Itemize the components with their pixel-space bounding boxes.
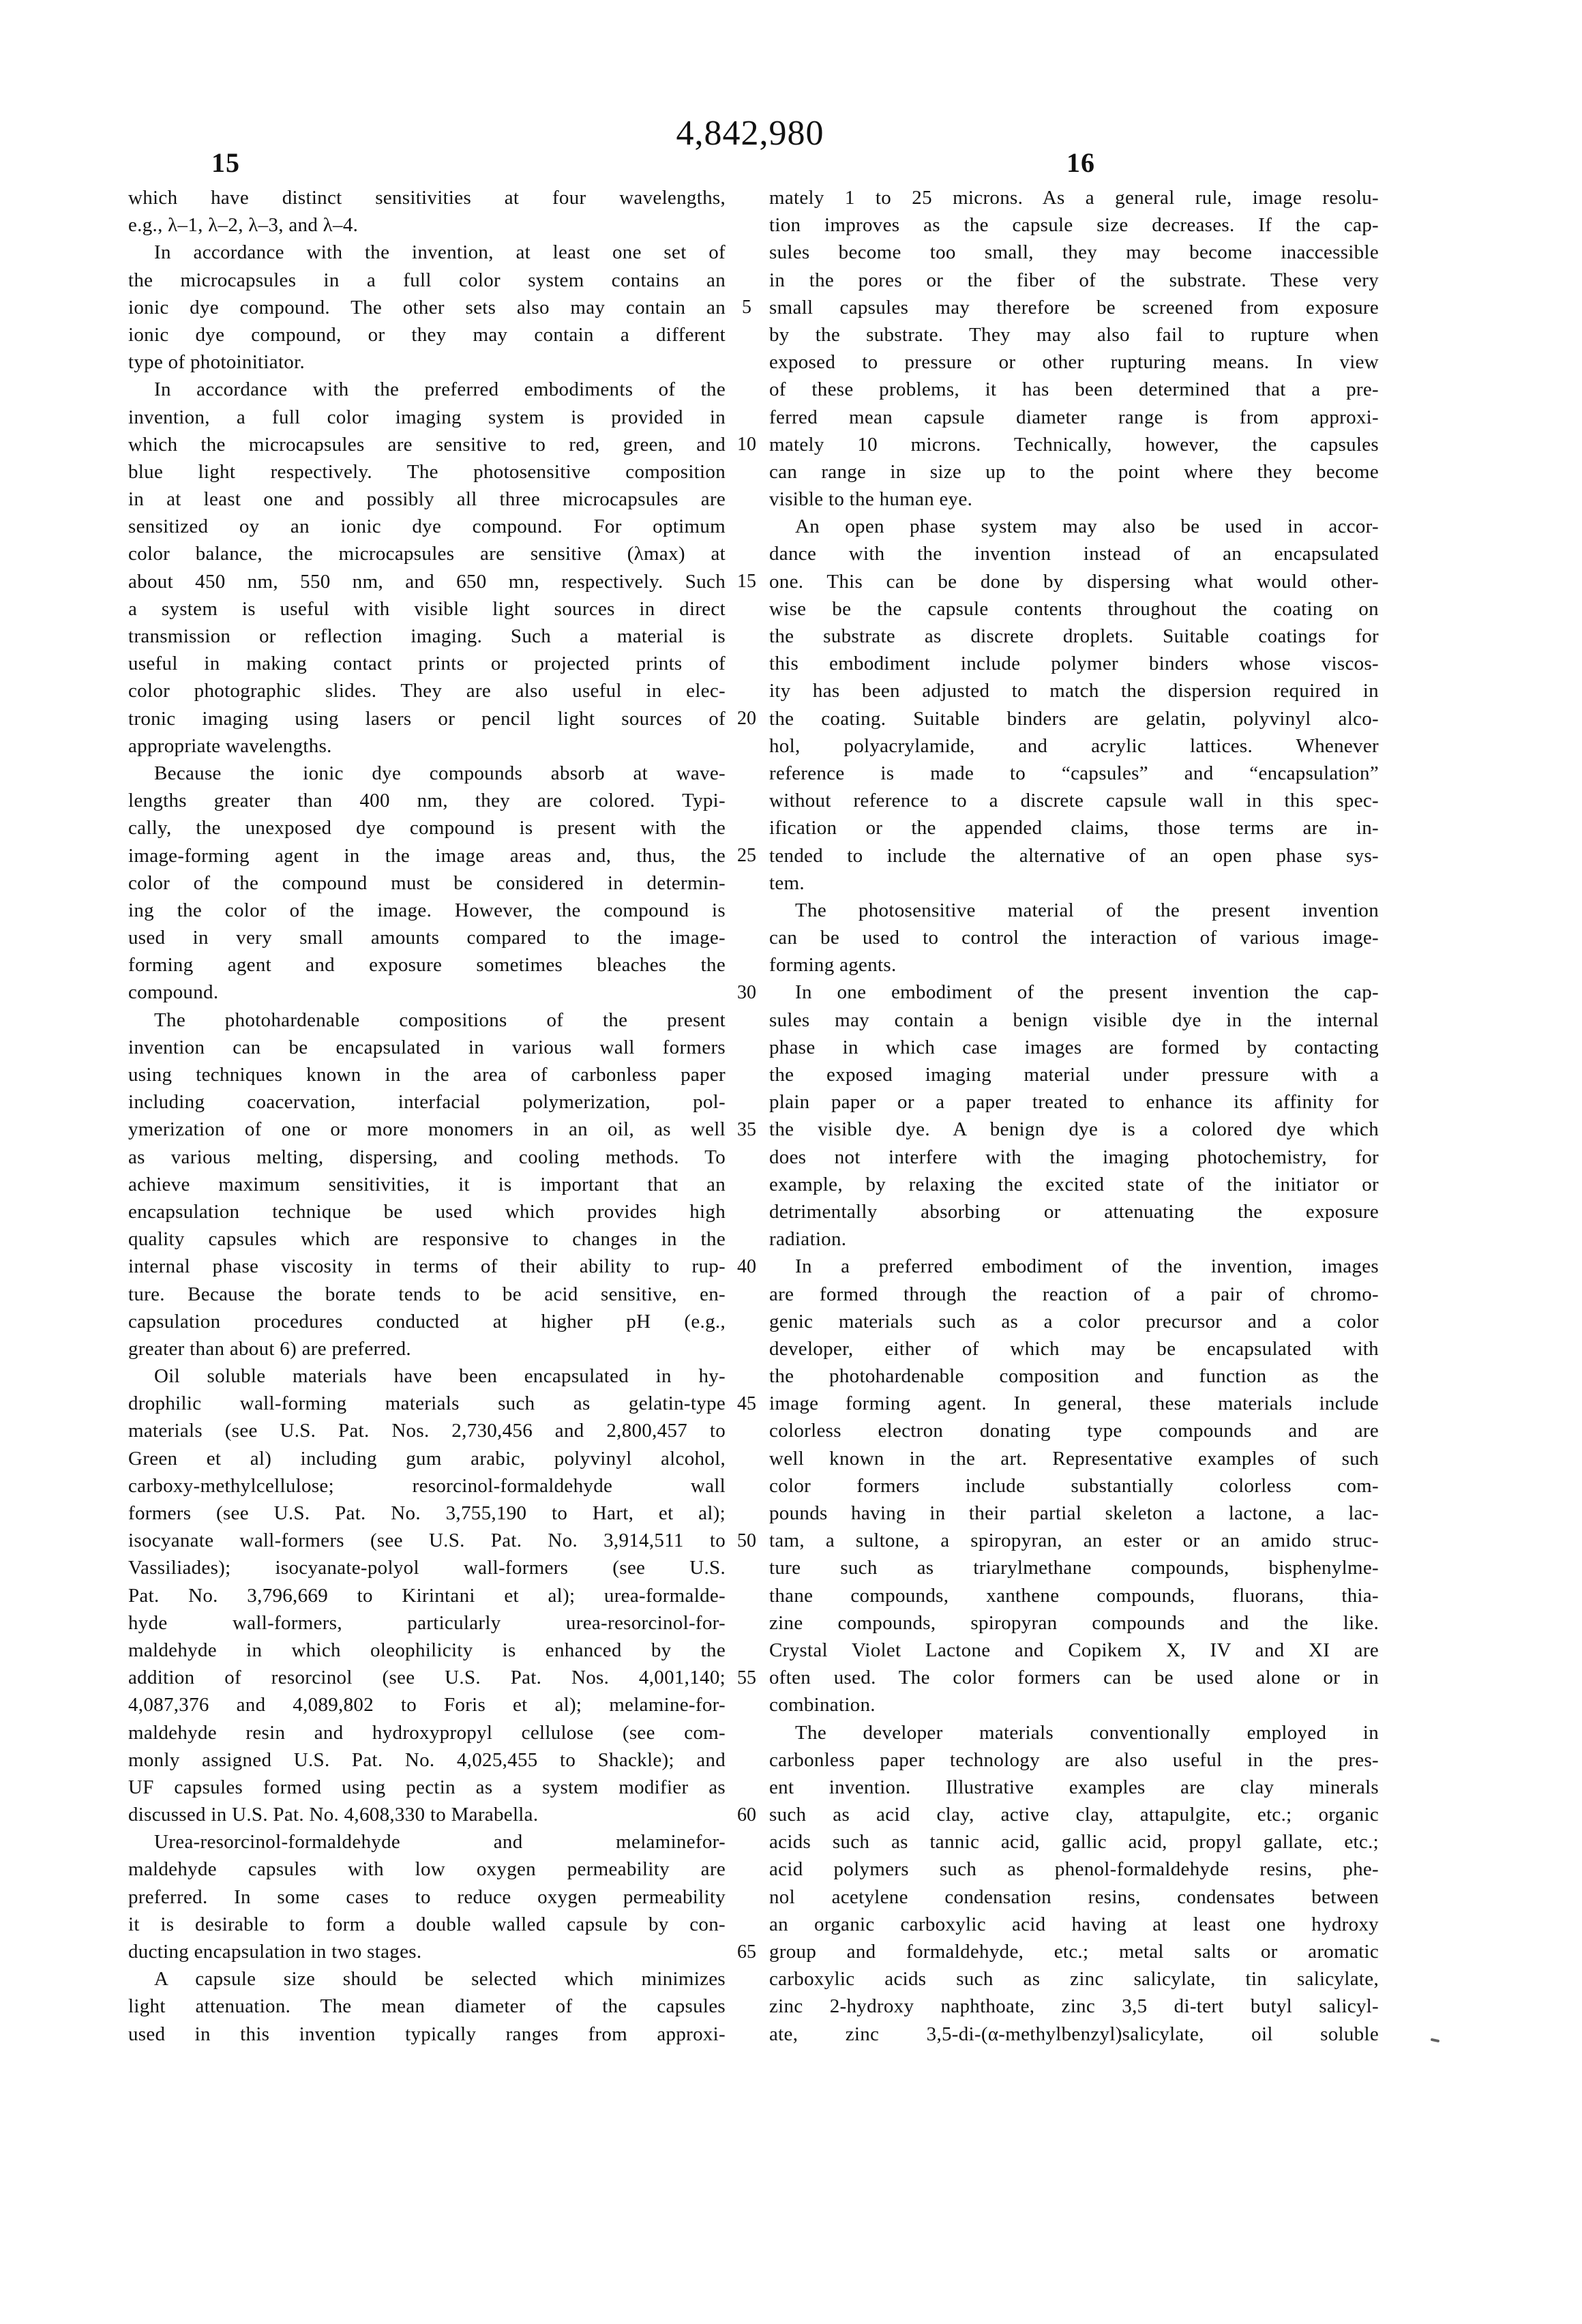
text-line: ionic dye compound, or they may contain … bbox=[128, 321, 726, 348]
text-line: discussed in U.S. Pat. No. 4,608,330 to … bbox=[128, 1801, 726, 1828]
text-line: colorless electron donating type compoun… bbox=[769, 1417, 1379, 1444]
text-line: ate, zinc 3,5-di-(α-methylbenzyl)salicyl… bbox=[769, 2021, 1379, 2048]
text-line: maldehyde in which oleophilicity is enha… bbox=[128, 1637, 726, 1664]
text-line: tion improves as the capsule size decrea… bbox=[769, 211, 1379, 239]
text-line: the coating. Suitable binders are gelati… bbox=[769, 705, 1379, 732]
left-column-number: 15 bbox=[211, 147, 240, 179]
text-line: The photosensitive material of the prese… bbox=[769, 897, 1379, 924]
text-line: such as acid clay, active clay, attapulg… bbox=[769, 1801, 1379, 1828]
text-line: well known in the art. Representative ex… bbox=[769, 1445, 1379, 1472]
text-line: acid polymers such as phenol-formaldehyd… bbox=[769, 1856, 1379, 1883]
text-line: sules may contain a benign visible dye i… bbox=[769, 1007, 1379, 1034]
text-line: quality capsules which are responsive to… bbox=[128, 1225, 726, 1253]
text-line: ymerization of one or more monomers in a… bbox=[128, 1116, 726, 1143]
text-line: sensitized oy an ionic dye compound. For… bbox=[128, 513, 726, 540]
line-number: 45 bbox=[726, 1390, 768, 1418]
text-line: drophilic wall-forming materials such as… bbox=[128, 1390, 726, 1417]
text-line: often used. The color formers can be use… bbox=[769, 1664, 1379, 1691]
text-line: by the substrate. They may also fail to … bbox=[769, 321, 1379, 348]
text-line: plain paper or a paper treated to enhanc… bbox=[769, 1088, 1379, 1116]
text-line: encapsulation technique be used which pr… bbox=[128, 1198, 726, 1225]
text-line: Because the ionic dye compounds absorb a… bbox=[128, 760, 726, 787]
text-line: wise be the capsule contents throughout … bbox=[769, 595, 1379, 623]
text-line: Pat. No. 3,796,669 to Kirintani et al); … bbox=[128, 1582, 726, 1609]
text-line: which the microcapsules are sensitive to… bbox=[128, 431, 726, 458]
text-line: a system is useful with visible light so… bbox=[128, 595, 726, 623]
text-line: acids such as tannic acid, gallic acid, … bbox=[769, 1828, 1379, 1856]
text-line: carboxy-methylcellulose; resorcinol-form… bbox=[128, 1472, 726, 1500]
line-number-gutter: 5101520253035404550556065 bbox=[726, 184, 768, 2049]
text-line: the exposed imaging material under press… bbox=[769, 1061, 1379, 1088]
line-number: 15 bbox=[726, 568, 768, 595]
text-line: does not interfere with the imaging phot… bbox=[769, 1144, 1379, 1171]
text-line: as various melting, dispersing, and cool… bbox=[128, 1144, 726, 1171]
line-number: 60 bbox=[726, 1802, 768, 1829]
text-line: 4,087,376 and 4,089,802 to Foris et al);… bbox=[128, 1691, 726, 1718]
line-number: 30 bbox=[726, 979, 768, 1007]
text-line: tended to include the alternative of an … bbox=[769, 842, 1379, 869]
text-line: mately 1 to 25 microns. As a general rul… bbox=[769, 184, 1379, 211]
text-line: UF capsules formed using pectin as a sys… bbox=[128, 1774, 726, 1801]
right-text-column: mately 1 to 25 microns. As a general rul… bbox=[769, 184, 1379, 2048]
text-line: In one embodiment of the present inventi… bbox=[769, 979, 1379, 1006]
text-line: materials (see U.S. Pat. Nos. 2,730,456 … bbox=[128, 1417, 726, 1444]
text-line: maldehyde capsules with low oxygen perme… bbox=[128, 1856, 726, 1883]
text-line: nol acetylene condensation resins, conde… bbox=[769, 1883, 1379, 1911]
text-line: ity has been adjusted to match the dispe… bbox=[769, 677, 1379, 704]
text-line: detrimentally absorbing or attenuating t… bbox=[769, 1198, 1379, 1225]
text-line: zinc 2-hydroxy naphthoate, zinc 3,5 di-t… bbox=[769, 1993, 1379, 2020]
text-line: one. This can be done by dispersing what… bbox=[769, 568, 1379, 595]
text-line: used in this invention typically ranges … bbox=[128, 2021, 726, 2048]
text-line: Urea-resorcinol-formaldehyde and melamin… bbox=[128, 1828, 726, 1856]
text-line: Vassiliades); isocyanate-polyol wall-for… bbox=[128, 1554, 726, 1581]
text-line: thane compounds, xanthene compounds, flu… bbox=[769, 1582, 1379, 1609]
line-number: 55 bbox=[726, 1665, 768, 1692]
text-line: visible to the human eye. bbox=[769, 486, 1379, 513]
text-line: carbonless paper technology are also use… bbox=[769, 1746, 1379, 1774]
text-line: color of the compound must be considered… bbox=[128, 869, 726, 897]
text-line: about 450 nm, 550 nm, and 650 mn, respec… bbox=[128, 568, 726, 595]
text-line: useful in making contact prints or proje… bbox=[128, 650, 726, 677]
text-line: In accordance with the preferred embodim… bbox=[128, 376, 726, 403]
text-line: In accordance with the invention, at lea… bbox=[128, 239, 726, 266]
left-text-column: which have distinct sensitivities at fou… bbox=[128, 184, 726, 2048]
text-line: light attenuation. The mean diameter of … bbox=[128, 1993, 726, 2020]
text-line: monly assigned U.S. Pat. No. 4,025,455 t… bbox=[128, 1746, 726, 1774]
text-line: dance with the invention instead of an e… bbox=[769, 540, 1379, 567]
text-line: internal phase viscosity in terms of the… bbox=[128, 1253, 726, 1280]
text-line: group and formaldehyde, etc.; metal salt… bbox=[769, 1938, 1379, 1965]
text-line: blue light respectively. The photosensit… bbox=[128, 458, 726, 486]
text-line: In a preferred embodiment of the inventi… bbox=[769, 1253, 1379, 1280]
text-line: genic materials such as a color precurso… bbox=[769, 1308, 1379, 1335]
text-line: lengths greater than 400 nm, they are co… bbox=[128, 787, 726, 814]
text-line: which have distinct sensitivities at fou… bbox=[128, 184, 726, 211]
text-line: preferred. In some cases to reduce oxyge… bbox=[128, 1883, 726, 1911]
text-line: capsulation procedures conducted at high… bbox=[128, 1308, 726, 1335]
text-line: this embodiment include polymer binders … bbox=[769, 650, 1379, 677]
text-line: Green et al) including gum arabic, polyv… bbox=[128, 1445, 726, 1472]
text-line: hol, polyacrylamide, and acrylic lattice… bbox=[769, 732, 1379, 760]
text-line: the microcapsules in a full color system… bbox=[128, 267, 726, 294]
text-line: tronic imaging using lasers or pencil li… bbox=[128, 705, 726, 732]
text-line: developer, either of which may be encaps… bbox=[769, 1335, 1379, 1362]
text-line: formers (see U.S. Pat. No. 3,755,190 to … bbox=[128, 1500, 726, 1527]
text-line: ionic dye compound. The other sets also … bbox=[128, 294, 726, 321]
text-line: the visible dye. A benign dye is a color… bbox=[769, 1116, 1379, 1143]
text-line: pounds having in their partial skeleton … bbox=[769, 1500, 1379, 1527]
text-line: using techniques known in the area of ca… bbox=[128, 1061, 726, 1088]
text-line: ture. Because the borate tends to be aci… bbox=[128, 1281, 726, 1308]
text-line: ducting encapsulation in two stages. bbox=[128, 1938, 726, 1965]
text-line: the photohardenable composition and func… bbox=[769, 1362, 1379, 1390]
text-line: color balance, the microcapsules are sen… bbox=[128, 540, 726, 567]
text-line: the substrate as discrete droplets. Suit… bbox=[769, 623, 1379, 650]
text-line: invention can be encapsulated in various… bbox=[128, 1034, 726, 1061]
text-line: in the pores or the fiber of the substra… bbox=[769, 267, 1379, 294]
line-number: 5 bbox=[726, 294, 768, 321]
text-line: zine compounds, spiropyran compounds and… bbox=[769, 1609, 1379, 1637]
patent-number: 4,842,980 bbox=[676, 113, 824, 153]
text-line: ture such as triarylmethane compounds, b… bbox=[769, 1554, 1379, 1581]
text-line: mately 10 microns. Technically, however,… bbox=[769, 431, 1379, 458]
text-line: A capsule size should be selected which … bbox=[128, 1965, 726, 1993]
text-line: exposed to pressure or other rupturing m… bbox=[769, 348, 1379, 376]
text-line: are formed through the reaction of a pai… bbox=[769, 1281, 1379, 1308]
text-line: ification or the appended claims, those … bbox=[769, 814, 1379, 841]
text-line: An open phase system may also be used in… bbox=[769, 513, 1379, 540]
line-number: 10 bbox=[726, 431, 768, 458]
text-line: radiation. bbox=[769, 1225, 1379, 1253]
text-line: compound. bbox=[128, 979, 726, 1006]
text-line: ing the color of the image. However, the… bbox=[128, 897, 726, 924]
text-line: ent invention. Illustrative examples are… bbox=[769, 1774, 1379, 1801]
text-line: image forming agent. In general, these m… bbox=[769, 1390, 1379, 1417]
line-number: 35 bbox=[726, 1116, 768, 1144]
text-line: appropriate wavelengths. bbox=[128, 732, 726, 760]
text-line: cally, the unexposed dye compound is pre… bbox=[128, 814, 726, 841]
text-line: small capsules may therefore be screened… bbox=[769, 294, 1379, 321]
text-line: Oil soluble materials have been encapsul… bbox=[128, 1362, 726, 1390]
text-line: The developer materials conventionally e… bbox=[769, 1719, 1379, 1746]
right-column-number: 16 bbox=[1066, 147, 1095, 179]
text-line: greater than about 6) are preferred. bbox=[128, 1335, 726, 1362]
patent-document-page: 4,842,980 15 16 which have distinct sens… bbox=[0, 0, 1582, 2324]
text-line: type of photoinitiator. bbox=[128, 348, 726, 376]
text-line: an organic carboxylic acid having at lea… bbox=[769, 1911, 1379, 1938]
line-number: 50 bbox=[726, 1528, 768, 1555]
line-number: 65 bbox=[726, 1939, 768, 1966]
text-line: reference is made to “capsules” and “enc… bbox=[769, 760, 1379, 787]
text-line: combination. bbox=[769, 1691, 1379, 1718]
text-line: example, by relaxing the excited state o… bbox=[769, 1171, 1379, 1198]
text-line: of these problems, it has been determine… bbox=[769, 376, 1379, 403]
text-line: invention, a full color imaging system i… bbox=[128, 404, 726, 431]
text-line: phase in which case images are formed by… bbox=[769, 1034, 1379, 1061]
text-line: transmission or reflection imaging. Such… bbox=[128, 623, 726, 650]
text-line: can range in size up to the point where … bbox=[769, 458, 1379, 486]
text-line: hyde wall-formers, particularly urea-res… bbox=[128, 1609, 726, 1637]
patent-page: { "header": { "patent_number": "4,842,98… bbox=[0, 0, 1582, 2324]
text-line: Crystal Violet Lactone and Copikem X, IV… bbox=[769, 1637, 1379, 1664]
line-number: 20 bbox=[726, 705, 768, 732]
text-line: color formers include substantially colo… bbox=[769, 1472, 1379, 1500]
line-number: 40 bbox=[726, 1253, 768, 1281]
text-line: addition of resorcinol (see U.S. Pat. No… bbox=[128, 1664, 726, 1691]
text-line: tam, a sultone, a spiropyran, an ester o… bbox=[769, 1527, 1379, 1554]
stray-scan-mark bbox=[1431, 2038, 1440, 2043]
text-line: used in very small amounts compared to t… bbox=[128, 924, 726, 951]
text-line: in at least one and possibly all three m… bbox=[128, 486, 726, 513]
text-line: color photographic slides. They are also… bbox=[128, 677, 726, 704]
text-line: tem. bbox=[769, 869, 1379, 897]
text-line: can be used to control the interaction o… bbox=[769, 924, 1379, 951]
text-line: e.g., λ–1, λ–2, λ–3, and λ–4. bbox=[128, 211, 726, 239]
text-line: image-forming agent in the image areas a… bbox=[128, 842, 726, 869]
text-line: it is desirable to form a double walled … bbox=[128, 1911, 726, 1938]
line-number: 25 bbox=[726, 842, 768, 869]
text-line: The photohardenable compositions of the … bbox=[128, 1007, 726, 1034]
text-line: maldehyde resin and hydroxypropyl cellul… bbox=[128, 1719, 726, 1746]
text-line: achieve maximum sensitivities, it is imp… bbox=[128, 1171, 726, 1198]
text-line: sules become too small, they may become … bbox=[769, 239, 1379, 266]
text-line: without reference to a discrete capsule … bbox=[769, 787, 1379, 814]
text-line: including coacervation, interfacial poly… bbox=[128, 1088, 726, 1116]
text-line: forming agent and exposure sometimes ble… bbox=[128, 951, 726, 979]
text-line: forming agents. bbox=[769, 951, 1379, 979]
text-line: isocyanate wall-formers (see U.S. Pat. N… bbox=[128, 1527, 726, 1554]
text-line: carboxylic acids such as zinc salicylate… bbox=[769, 1965, 1379, 1993]
text-line: ferred mean capsule diameter range is fr… bbox=[769, 404, 1379, 431]
